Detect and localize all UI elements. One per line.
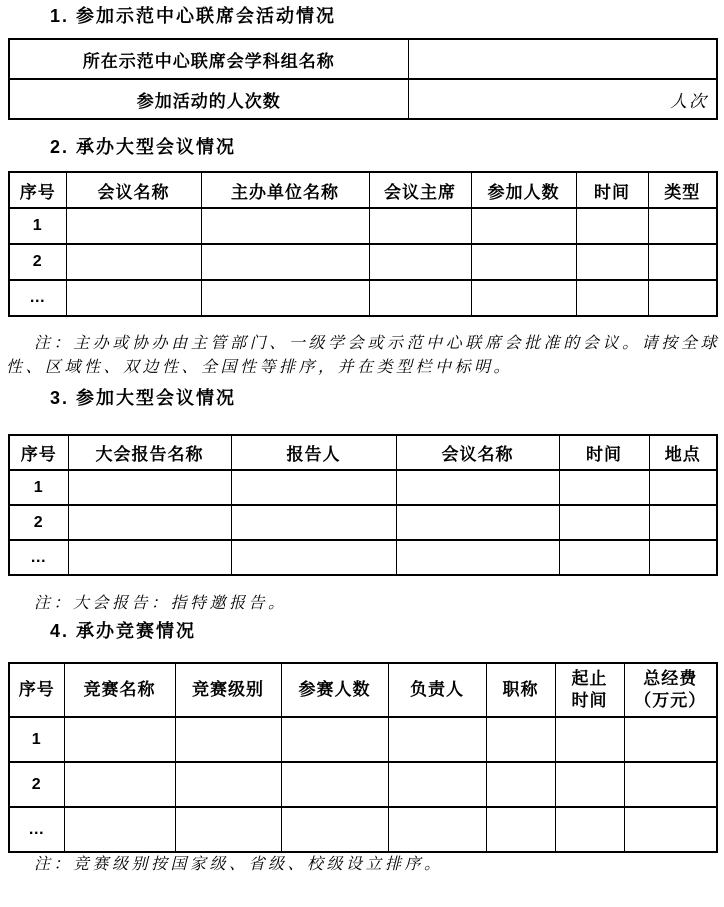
row-number-cell: …	[9, 807, 64, 852]
activity-info-table: 所在示范中心联席会学科组名称 参加活动的人次数 人次	[8, 38, 718, 120]
empty-cell	[388, 717, 486, 762]
empty-cell	[369, 208, 471, 244]
empty-cell	[66, 244, 201, 280]
empty-cell	[68, 470, 231, 505]
empty-cell	[471, 208, 576, 244]
table-row: 参加活动的人次数 人次	[9, 79, 717, 119]
empty-cell	[281, 807, 388, 852]
row-number-cell: 2	[9, 505, 68, 540]
empty-cell	[396, 505, 559, 540]
section-3-note: 注：大会报告：指特邀报告。	[6, 592, 720, 616]
empty-cell	[396, 540, 559, 575]
empty-cell	[231, 470, 396, 505]
empty-cell	[649, 505, 717, 540]
row-number-cell: 1	[9, 717, 64, 762]
empty-cell	[649, 540, 717, 575]
participant-count-unit: 人次	[408, 79, 717, 119]
header-row: 序号 竞赛名称 竞赛级别 参赛人数 负责人 职称 起止 时间 总经费 （万元）	[9, 663, 717, 717]
table-row: 2	[9, 762, 717, 807]
column-header: 时间	[559, 435, 649, 470]
table-row: 1	[9, 470, 717, 505]
empty-cell	[555, 717, 624, 762]
column-header: 会议名称	[396, 435, 559, 470]
column-header: 会议主席	[369, 172, 471, 208]
column-header: 会议名称	[66, 172, 201, 208]
table-row: …	[9, 540, 717, 575]
row-number-cell: …	[9, 540, 68, 575]
empty-cell	[624, 807, 717, 852]
empty-cell	[231, 505, 396, 540]
column-header: 参加人数	[471, 172, 576, 208]
column-header: 竞赛级别	[175, 663, 281, 717]
participant-count-label: 参加活动的人次数	[9, 79, 408, 119]
empty-cell	[624, 762, 717, 807]
empty-cell	[396, 470, 559, 505]
empty-cell	[281, 762, 388, 807]
section-2-note: 注：主办或协办由主管部门、一级学会或示范中心联席会批准的会议。请按全球性、区域性…	[6, 332, 720, 380]
table-row: 2	[9, 244, 717, 280]
empty-cell	[624, 717, 717, 762]
column-header: 总经费 （万元）	[624, 663, 717, 717]
header-row: 序号 大会报告名称 报告人 会议名称 时间 地点	[9, 435, 717, 470]
group-name-value-cell	[408, 39, 717, 79]
empty-cell	[648, 208, 717, 244]
row-number-cell: 2	[9, 762, 64, 807]
empty-cell	[369, 244, 471, 280]
empty-cell	[281, 717, 388, 762]
header-row: 序号 会议名称 主办单位名称 会议主席 参加人数 时间 类型	[9, 172, 717, 208]
empty-cell	[388, 807, 486, 852]
hosted-conference-table: 序号 会议名称 主办单位名称 会议主席 参加人数 时间 类型 1 2 …	[8, 171, 718, 317]
empty-cell	[66, 280, 201, 316]
row-number-cell: 1	[9, 208, 66, 244]
empty-cell	[68, 505, 231, 540]
competition-table: 序号 竞赛名称 竞赛级别 参赛人数 负责人 职称 起止 时间 总经费 （万元） …	[8, 662, 718, 853]
empty-cell	[471, 280, 576, 316]
empty-cell	[486, 717, 555, 762]
empty-cell	[486, 807, 555, 852]
empty-cell	[555, 807, 624, 852]
empty-cell	[559, 470, 649, 505]
column-header: 竞赛名称	[64, 663, 175, 717]
empty-cell	[559, 540, 649, 575]
column-header: 负责人	[388, 663, 486, 717]
column-header: 序号	[9, 663, 64, 717]
empty-cell	[486, 762, 555, 807]
row-number-cell: 1	[9, 470, 68, 505]
column-header: 序号	[9, 172, 66, 208]
column-header: 时间	[576, 172, 648, 208]
empty-cell	[175, 762, 281, 807]
table-row: 1	[9, 717, 717, 762]
table-row: …	[9, 807, 717, 852]
empty-cell	[555, 762, 624, 807]
empty-cell	[576, 244, 648, 280]
empty-cell	[369, 280, 471, 316]
section-4-heading: 4. 承办竞赛情况	[50, 621, 724, 642]
column-header: 主办单位名称	[201, 172, 369, 208]
column-header: 报告人	[231, 435, 396, 470]
empty-cell	[201, 244, 369, 280]
group-name-label: 所在示范中心联席会学科组名称	[9, 39, 408, 79]
empty-cell	[201, 208, 369, 244]
section-3-heading: 3. 参加大型会议情况	[50, 388, 724, 409]
section-2-heading: 2. 承办大型会议情况	[50, 137, 724, 158]
empty-cell	[201, 280, 369, 316]
row-number-cell: …	[9, 280, 66, 316]
empty-cell	[648, 280, 717, 316]
column-header: 地点	[649, 435, 717, 470]
empty-cell	[576, 208, 648, 244]
empty-cell	[471, 244, 576, 280]
empty-cell	[175, 717, 281, 762]
table-row: 所在示范中心联席会学科组名称	[9, 39, 717, 79]
column-header: 大会报告名称	[68, 435, 231, 470]
empty-cell	[64, 717, 175, 762]
empty-cell	[649, 470, 717, 505]
section-4-note: 注：竞赛级别按国家级、省级、校级设立排序。	[6, 853, 720, 877]
column-header: 职称	[486, 663, 555, 717]
attended-conference-table: 序号 大会报告名称 报告人 会议名称 时间 地点 1 2 …	[8, 434, 718, 576]
empty-cell	[576, 280, 648, 316]
section-1-heading: 1. 参加示范中心联席会活动情况	[50, 6, 724, 27]
empty-cell	[68, 540, 231, 575]
empty-cell	[64, 762, 175, 807]
column-header: 类型	[648, 172, 717, 208]
empty-cell	[66, 208, 201, 244]
column-header: 参赛人数	[281, 663, 388, 717]
column-header: 序号	[9, 435, 68, 470]
empty-cell	[388, 762, 486, 807]
empty-cell	[175, 807, 281, 852]
empty-cell	[559, 505, 649, 540]
table-row: …	[9, 280, 717, 316]
empty-cell	[648, 244, 717, 280]
empty-cell	[231, 540, 396, 575]
row-number-cell: 2	[9, 244, 66, 280]
table-row: 1	[9, 208, 717, 244]
empty-cell	[64, 807, 175, 852]
table-row: 2	[9, 505, 717, 540]
column-header: 起止 时间	[555, 663, 624, 717]
